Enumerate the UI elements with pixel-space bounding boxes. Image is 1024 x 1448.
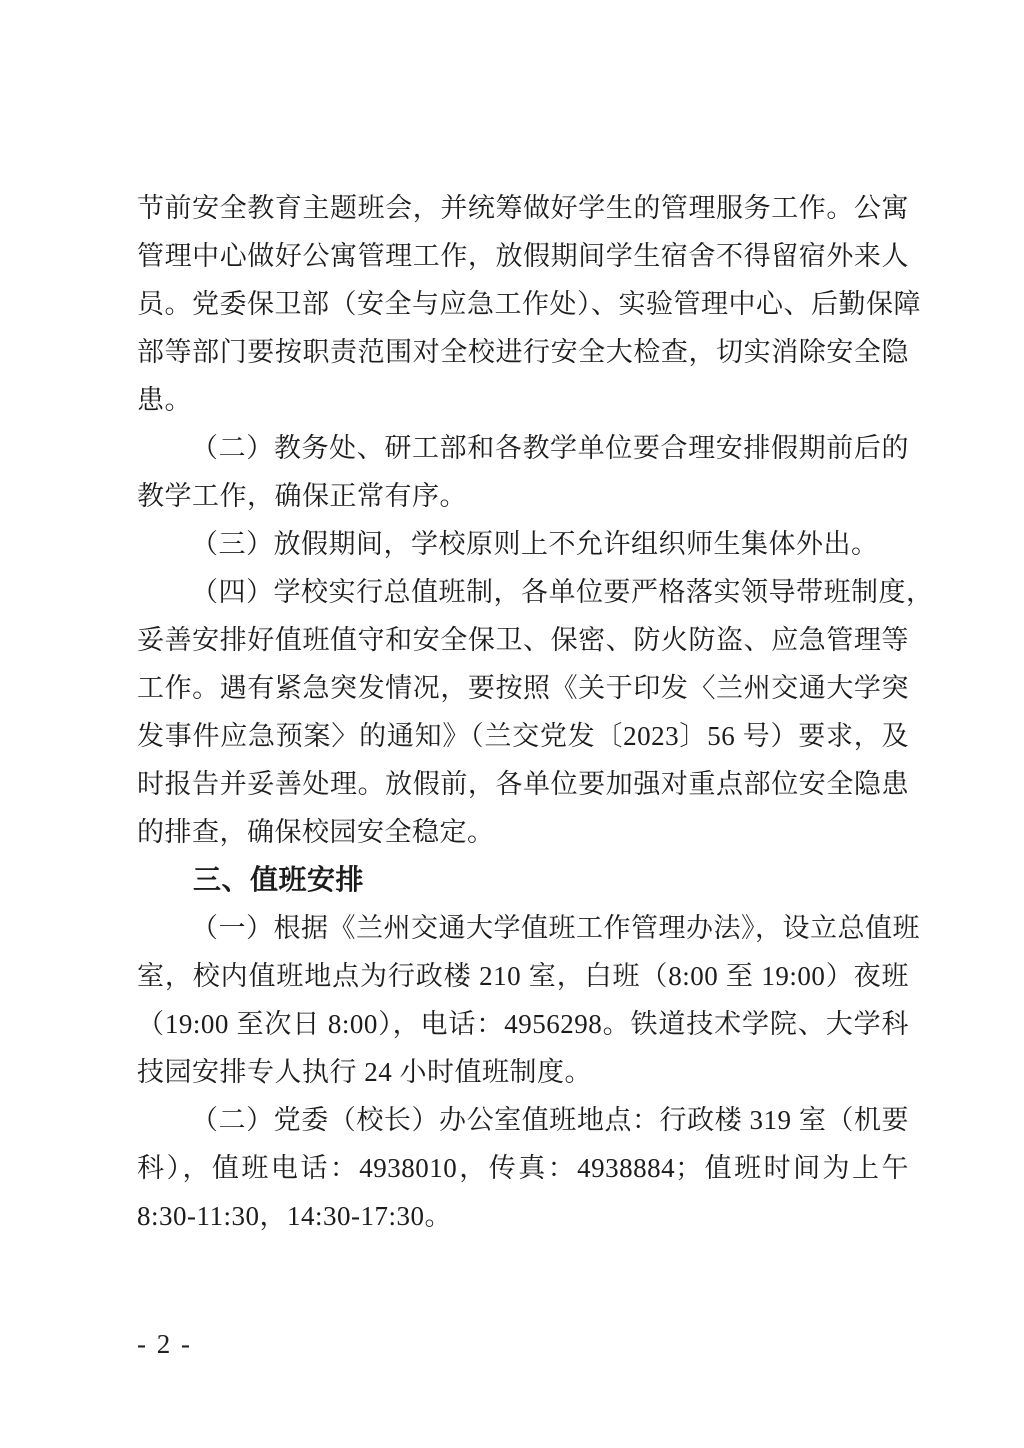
text-line: 的排查，确保校园安全稳定。 [137,808,909,856]
section-heading: 三、值班安排 [137,856,909,904]
text-line: 室，校内值班地点为行政楼 210 室，白班（8:00 至 19:00）夜班 [137,952,909,1000]
text-line: 教学工作，确保正常有序。 [137,472,909,520]
text-line: （19:00 至次日 8:00），电话：4956298。铁道技术学院、大学科 [137,1000,909,1048]
text-line: 节前安全教育主题班会，并统筹做好学生的管理服务工作。公寓 [137,184,909,232]
text-line: （二）教务处、研工部和各教学单位要合理安排假期前后的 [137,424,909,472]
text-line: 发事件应急预案〉的通知》（兰交党发〔2023〕56 号）要求，及 [137,712,909,760]
text-line: （四）学校实行总值班制，各单位要严格落实领导带班制度， [137,568,909,616]
text-line: 部等部门要按职责范围对全校进行安全大检查，切实消除安全隐 [137,328,909,376]
text-line: （二）党委（校长）办公室值班地点：行政楼 319 室（机要 [137,1096,909,1144]
text-line: 员。党委保卫部（安全与应急工作处）、实验管理中心、后勤保障 [137,280,909,328]
document-page: 节前安全教育主题班会，并统筹做好学生的管理服务工作。公寓 管理中心做好公寓管理工… [0,0,1024,1448]
page-number: - 2 - [137,1329,192,1360]
text-line: 管理中心做好公寓管理工作，放假期间学生宿舍不得留宿外来人 [137,232,909,280]
text-line: 8:30-11:30，14:30-17:30。 [137,1192,909,1240]
text-line: 工作。遇有紧急突发情况，要按照《关于印发〈兰州交通大学突 [137,664,909,712]
text-line: 妥善安排好值班值守和安全保卫、保密、防火防盗、应急管理等 [137,616,909,664]
text-line: 患。 [137,376,909,424]
text-line: 科），值班电话：4938010，传真：4938884；值班时间为上午 [137,1144,909,1192]
text-line: 时报告并妥善处理。放假前，各单位要加强对重点部位安全隐患 [137,760,909,808]
text-line: （三）放假期间，学校原则上不允许组织师生集体外出。 [137,520,909,568]
text-line: （一）根据《兰州交通大学值班工作管理办法》，设立总值班 [137,904,909,952]
document-body: 节前安全教育主题班会，并统筹做好学生的管理服务工作。公寓 管理中心做好公寓管理工… [137,184,909,1240]
text-line: 技园安排专人执行 24 小时值班制度。 [137,1048,909,1096]
